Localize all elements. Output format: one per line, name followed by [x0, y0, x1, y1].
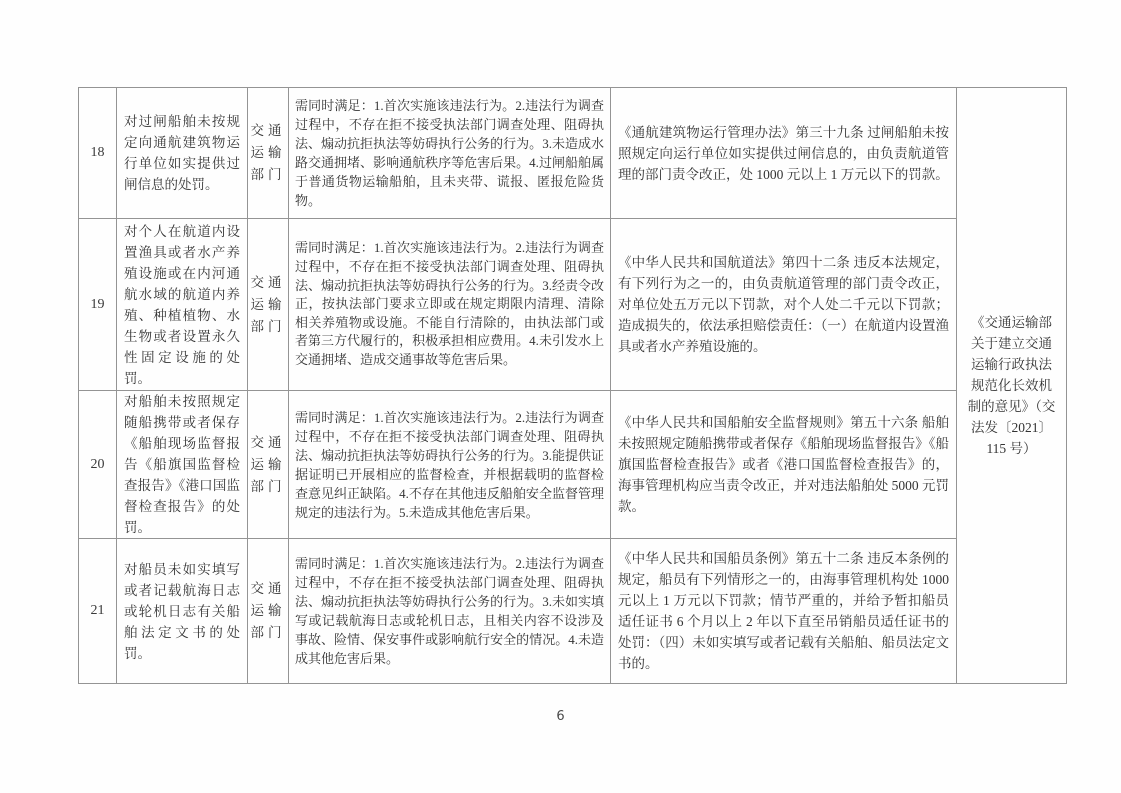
- row-seq: 20: [91, 457, 105, 473]
- table-row-20-basis: 《中华人民共和国船舶安全监督规则》第五十六条 船舶未按照规定随船携带或者保存《船…: [611, 391, 957, 539]
- table-row-20-department: 交通运输部门: [248, 391, 289, 539]
- enforcement-department: 交通运输部门: [250, 120, 287, 186]
- enforcement-department: 交通运输部门: [250, 432, 287, 498]
- table-row-21-department: 交通运输部门: [248, 539, 289, 684]
- table-cell-reference: 《交通运输部关于建立交通运输行政执法规范化长效机制的意见》（交法发〔2021〕1…: [957, 88, 1067, 684]
- legal-basis-text: 《中华人民共和国船员条例》第五十二条 违反本条例的规定，船员有下列情形之一的，由…: [618, 548, 949, 674]
- enforcement-department: 交通运输部门: [250, 272, 287, 338]
- conditions-text: 需同时满足：1.首次实施该违法行为。2.违法行为调查过程中，不存在拒不接受执法部…: [295, 96, 604, 210]
- table-row-18-basis: 《通航建筑物运行管理办法》第三十九条 过闸船舶未按照规定向运行单位如实提供过闸信…: [611, 88, 957, 219]
- table-row-21-seq: 21: [79, 539, 117, 684]
- table-row-20-item: 对船舶未按照规定随船携带或者保存《船舶现场监督报告《船旗国监督检查报告》《港口国…: [117, 391, 248, 539]
- legal-basis-text: 《中华人民共和国航道法》第四十二条 违反本法规定，有下列行为之一的，由负责航道管…: [618, 252, 949, 357]
- conditions-text: 需同时满足：1.首次实施该违法行为。2.违法行为调查过程中，不存在拒不接受执法部…: [295, 408, 604, 522]
- table-row-19-basis: 《中华人民共和国航道法》第四十二条 违反本法规定，有下列行为之一的，由负责航道管…: [611, 219, 957, 391]
- table-row-19-department: 交通运输部门: [248, 219, 289, 391]
- table-row-18-item: 对过闸船舶未按规定向通航建筑物运行单位如实提供过闸信息的处罚。: [117, 88, 248, 219]
- table-row-21-conditions: 需同时满足：1.首次实施该违法行为。2.违法行为调查过程中，不存在拒不接受执法部…: [289, 539, 611, 684]
- conditions-text: 需同时满足：1.首次实施该违法行为。2.违法行为调查过程中，不存在拒不接受执法部…: [295, 554, 604, 668]
- scanned-document-page: 《交通运输部关于建立交通运输行政执法规范化长效机制的意见》（交法发〔2021〕1…: [0, 0, 1121, 793]
- table-row-21-item: 对船员未如实填写或者记载航海日志或轮机日志有关船舶法定文书的处罚。: [117, 539, 248, 684]
- table-row-20-conditions: 需同时满足：1.首次实施该违法行为。2.违法行为调查过程中，不存在拒不接受执法部…: [289, 391, 611, 539]
- legal-basis-text: 《通航建筑物运行管理办法》第三十九条 过闸船舶未按照规定向运行单位如实提供过闸信…: [618, 122, 949, 185]
- enforcement-department: 交通运输部门: [250, 578, 287, 644]
- penalty-item: 对个人在航道内设置渔具或者水产养殖设施或在内河通航水域的航道内养殖、种植植物、水…: [124, 221, 240, 389]
- penalty-item: 对过闸船舶未按规定向通航建筑物运行单位如实提供过闸信息的处罚。: [124, 111, 240, 195]
- table-row-19-item: 对个人在航道内设置渔具或者水产养殖设施或在内河通航水域的航道内养殖、种植植物、水…: [117, 219, 248, 391]
- penalty-rules-table: 《交通运输部关于建立交通运输行政执法规范化长效机制的意见》（交法发〔2021〕1…: [78, 87, 1067, 684]
- page-number: 6: [556, 709, 564, 724]
- reference-document: 《交通运输部关于建立交通运输行政执法规范化长效机制的意见》（交法发〔2021〕1…: [968, 312, 1056, 459]
- row-seq: 19: [91, 297, 105, 313]
- table-row-18-seq: 18: [79, 88, 117, 219]
- table-row-19-conditions: 需同时满足：1.首次实施该违法行为。2.违法行为调查过程中，不存在拒不接受执法部…: [289, 219, 611, 391]
- penalty-item: 对船舶未按照规定随船携带或者保存《船舶现场监督报告《船旗国监督检查报告》《港口国…: [124, 391, 240, 538]
- table-row-20-seq: 20: [79, 391, 117, 539]
- table-row-19-seq: 19: [79, 219, 117, 391]
- row-seq: 18: [91, 145, 105, 161]
- legal-basis-text: 《中华人民共和国船舶安全监督规则》第五十六条 船舶未按照规定随船携带或者保存《船…: [618, 412, 949, 517]
- table-row-21-basis: 《中华人民共和国船员条例》第五十二条 违反本条例的规定，船员有下列情形之一的，由…: [611, 539, 957, 684]
- conditions-text: 需同时满足：1.首次实施该违法行为。2.违法行为调查过程中，不存在拒不接受执法部…: [295, 239, 604, 369]
- table-row-18-department: 交通运输部门: [248, 88, 289, 219]
- table-row-18-conditions: 需同时满足：1.首次实施该违法行为。2.违法行为调查过程中，不存在拒不接受执法部…: [289, 88, 611, 219]
- penalty-item: 对船员未如实填写或者记载航海日志或轮机日志有关船舶法定文书的处罚。: [124, 559, 240, 664]
- row-seq: 21: [91, 603, 105, 619]
